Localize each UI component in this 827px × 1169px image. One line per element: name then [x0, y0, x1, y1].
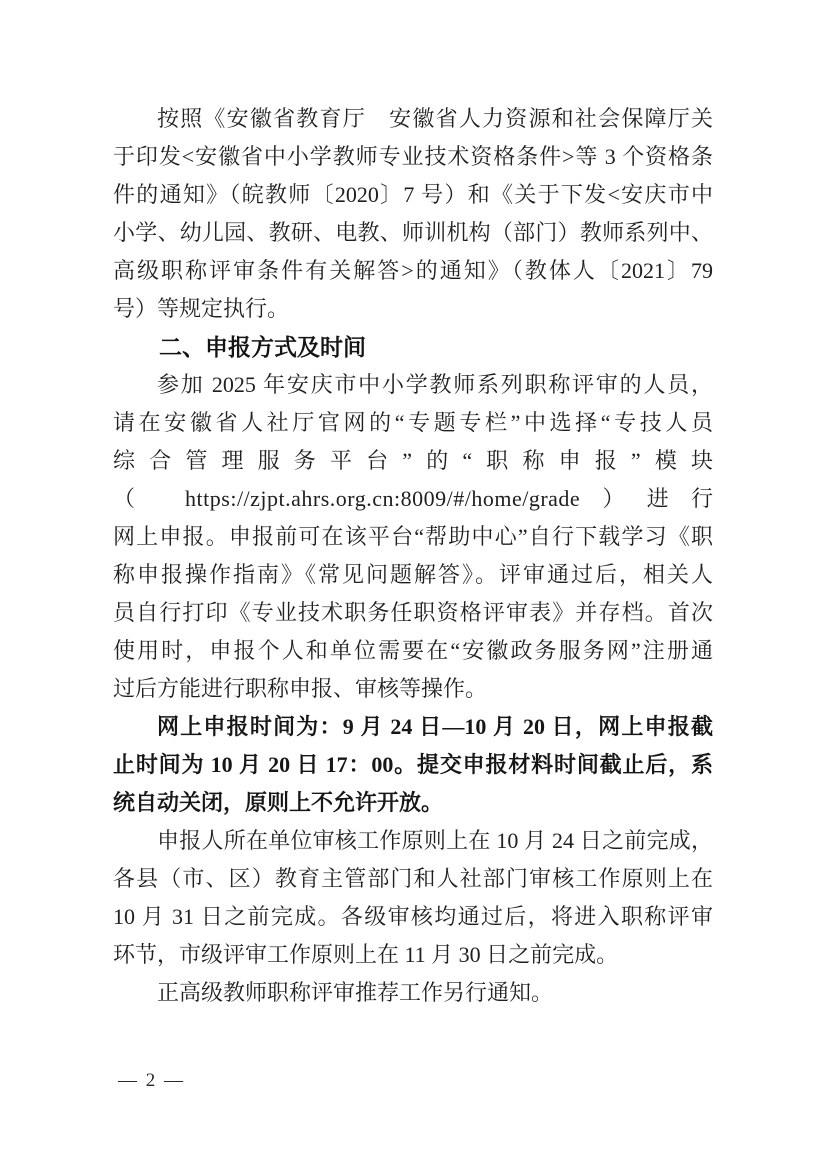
document-page: 按照《安徽省教育厅 安徽省人力资源和社会保障厅关 于印发<安徽省中小学教师专业技…: [0, 0, 827, 1169]
text-line: 小学、幼儿园、教研、电教、师训机构（部门）教师系列中、: [113, 214, 713, 252]
text-line: 号）等规定执行。: [113, 290, 713, 328]
text-line: 于印发<安徽省中小学教师专业技术资格条件>等 3 个资格条: [113, 138, 713, 176]
text-line: 使用时，申报个人和单位需要在“安徽政务服务网”注册通: [113, 632, 713, 670]
text-line: 环节，市级评审工作原则上在 11 月 30 日之前完成。: [113, 936, 713, 974]
paragraph-senior-teacher-note: 正高级教师职称评审推荐工作另行通知。: [113, 974, 713, 1012]
text-line: 称申报操作指南》《常见问题解答》。评审通过后，相关人: [113, 556, 713, 594]
text-line: 网上申报时间为：9 月 24 日—10 月 20 日，网上申报截: [113, 708, 713, 746]
text-line: 综合管理服务平台”的“职称申报”模块: [113, 442, 713, 480]
text-line: 统自动关闭，原则上不允许开放。: [113, 784, 713, 822]
text-line: 请在安徽省人社厅官网的“专题专栏”中选择“专技人员: [113, 404, 713, 442]
text-line: 高级职称评审条件有关解答>的通知》（教体人〔2021〕79: [113, 252, 713, 290]
application-url: https://zjpt.ahrs.org.cn:8009/#/home/gra…: [185, 486, 580, 511]
text-line: 参加 2025 年安庆市中小学教师系列职称评审的人员，: [113, 366, 713, 404]
section-heading: 二、申报方式及时间: [113, 328, 713, 366]
text-line: 止时间为 10 月 20 日 17：00。提交申报材料时间截止后，系: [113, 746, 713, 784]
paragraph-review-timeline: 申报人所在单位审核工作原则上在 10 月 24 日之前完成， 各县（市、区）教育…: [113, 822, 713, 974]
paragraph-application-method: 参加 2025 年安庆市中小学教师系列职称评审的人员， 请在安徽省人社厅官网的“…: [113, 366, 713, 708]
paragraph-online-deadline: 网上申报时间为：9 月 24 日—10 月 20 日，网上申报截 止时间为 10…: [113, 708, 713, 822]
text-line: 员自行打印《专业技术职务任职资格评审表》并存档。首次: [113, 594, 713, 632]
url-line: （ https://zjpt.ahrs.org.cn:8009/#/home/g…: [113, 480, 713, 518]
text-line: 件的通知》（皖教师〔2020〕7 号）和《关于下发<安庆市中: [113, 176, 713, 214]
text-line: 各县（市、区）教育主管部门和人社部门审核工作原则上在: [113, 860, 713, 898]
text-line: 过后方能进行职称申报、审核等操作。: [113, 670, 713, 708]
text-line: 网上申报。申报前可在该平台“帮助中心”自行下载学习《职: [113, 518, 713, 556]
document-body: 按照《安徽省教育厅 安徽省人力资源和社会保障厅关 于印发<安徽省中小学教师专业技…: [113, 100, 713, 1012]
text-line: 申报人所在单位审核工作原则上在 10 月 24 日之前完成，: [113, 822, 713, 860]
page-number: — 2 —: [118, 1066, 185, 1096]
text-line: 按照《安徽省教育厅 安徽省人力资源和社会保障厅关: [113, 100, 713, 138]
url-prefix: （: [113, 486, 185, 511]
url-suffix: ）进行: [580, 486, 713, 511]
paragraph-legal-basis: 按照《安徽省教育厅 安徽省人力资源和社会保障厅关 于印发<安徽省中小学教师专业技…: [113, 100, 713, 328]
text-line: 正高级教师职称评审推荐工作另行通知。: [113, 974, 713, 1012]
text-line: 10 月 31 日之前完成。各级审核均通过后，将进入职称评审: [113, 898, 713, 936]
